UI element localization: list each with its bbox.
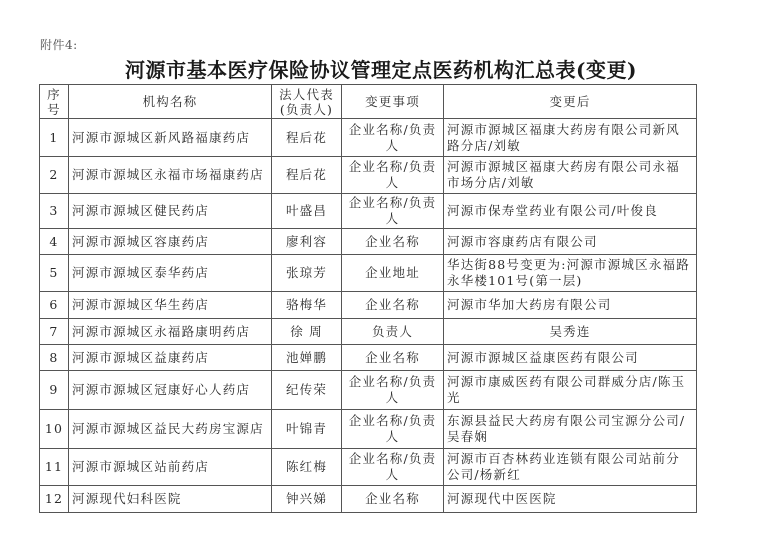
- cell-no: 8: [40, 345, 69, 371]
- cell-after: 华达街88号变更为:河源市源城区永福路永华楼101号(第一层): [444, 255, 697, 292]
- table-row: 9 河源市源城区冠康好心人药店 纪传荣 企业名称/负责人 河源市康威医药有限公司…: [40, 371, 697, 410]
- table-row: 10 河源市源城区益民大药房宝源店 叶锦青 企业名称/负责人 东源县益民大药房有…: [40, 410, 697, 449]
- cell-after: 吴秀连: [444, 319, 697, 345]
- cell-rep: 叶盛昌: [272, 194, 342, 229]
- header-rep-line2: (负责人): [280, 102, 333, 117]
- header-no: 序 号: [40, 85, 69, 119]
- cell-rep: 骆梅华: [272, 292, 342, 319]
- cell-item: 企业名称/负责人: [342, 157, 444, 194]
- cell-item: 企业名称: [342, 292, 444, 319]
- cell-no: 4: [40, 229, 69, 255]
- cell-name: 河源市源城区新风路福康药店: [69, 119, 272, 157]
- table-row: 6 河源市源城区华生药店 骆梅华 企业名称 河源市华加大药房有限公司: [40, 292, 697, 319]
- cell-rep: 叶锦青: [272, 410, 342, 449]
- table-row: 5 河源市源城区泰华药店 张琼芳 企业地址 华达街88号变更为:河源市源城区永福…: [40, 255, 697, 292]
- header-no-line1: 序: [47, 87, 61, 102]
- cell-item: 企业名称/负责人: [342, 371, 444, 410]
- table-row: 4 河源市源城区容康药店 廖利容 企业名称 河源市容康药店有限公司: [40, 229, 697, 255]
- cell-no: 11: [40, 449, 69, 486]
- header-rep: 法人代表 (负责人): [272, 85, 342, 119]
- cell-rep: 张琼芳: [272, 255, 342, 292]
- institution-change-table: 序 号 机构名称 法人代表 (负责人) 变更事项 变更后 1 河源市源城区新风路…: [39, 84, 697, 513]
- header-item: 变更事项: [342, 85, 444, 119]
- cell-name: 河源市源城区站前药店: [69, 449, 272, 486]
- header-no-line2: 号: [47, 102, 61, 117]
- cell-item: 企业名称: [342, 345, 444, 371]
- cell-name: 河源现代妇科医院: [69, 486, 272, 513]
- cell-rep: 池婵鹏: [272, 345, 342, 371]
- table-row: 3 河源市源城区健民药店 叶盛昌 企业名称/负责人 河源市保寿堂药业有限公司/叶…: [40, 194, 697, 229]
- table-row: 12 河源现代妇科医院 钟兴娣 企业名称 河源现代中医医院: [40, 486, 697, 513]
- cell-name: 河源市源城区容康药店: [69, 229, 272, 255]
- cell-no: 12: [40, 486, 69, 513]
- cell-rep: 徐 周: [272, 319, 342, 345]
- cell-after: 河源市保寿堂药业有限公司/叶俊良: [444, 194, 697, 229]
- table-row: 8 河源市源城区益康药店 池婵鹏 企业名称 河源市源城区益康医药有限公司: [40, 345, 697, 371]
- cell-rep: 廖利容: [272, 229, 342, 255]
- cell-no: 1: [40, 119, 69, 157]
- cell-after: 河源市容康药店有限公司: [444, 229, 697, 255]
- cell-item: 企业名称: [342, 486, 444, 513]
- cell-after: 河源市华加大药房有限公司: [444, 292, 697, 319]
- cell-after: 河源市康威医药有限公司群威分店/陈玉光: [444, 371, 697, 410]
- cell-name: 河源市源城区永福市场福康药店: [69, 157, 272, 194]
- cell-no: 3: [40, 194, 69, 229]
- cell-after: 河源市源城区福康大药房有限公司永福市场分店/刘敏: [444, 157, 697, 194]
- table-row: 1 河源市源城区新风路福康药店 程后花 企业名称/负责人 河源市源城区福康大药房…: [40, 119, 697, 157]
- cell-no: 6: [40, 292, 69, 319]
- cell-name: 河源市源城区益民大药房宝源店: [69, 410, 272, 449]
- header-after: 变更后: [444, 85, 697, 119]
- header-rep-line1: 法人代表: [279, 87, 334, 102]
- cell-item: 企业名称/负责人: [342, 119, 444, 157]
- cell-rep: 纪传荣: [272, 371, 342, 410]
- cell-item: 企业名称: [342, 229, 444, 255]
- cell-name: 河源市源城区益康药店: [69, 345, 272, 371]
- cell-after: 河源市百杏林药业连锁有限公司站前分公司/杨新红: [444, 449, 697, 486]
- cell-rep: 钟兴娣: [272, 486, 342, 513]
- cell-name: 河源市源城区华生药店: [69, 292, 272, 319]
- cell-after: 河源市源城区益康医药有限公司: [444, 345, 697, 371]
- cell-after: 河源现代中医医院: [444, 486, 697, 513]
- cell-rep: 程后花: [272, 157, 342, 194]
- cell-no: 7: [40, 319, 69, 345]
- cell-after: 河源市源城区福康大药房有限公司新风路分店/刘敏: [444, 119, 697, 157]
- cell-item: 企业名称/负责人: [342, 410, 444, 449]
- cell-name: 河源市源城区泰华药店: [69, 255, 272, 292]
- cell-no: 2: [40, 157, 69, 194]
- cell-item: 负责人: [342, 319, 444, 345]
- table-row: 7 河源市源城区永福路康明药店 徐 周 负责人 吴秀连: [40, 319, 697, 345]
- table-row: 11 河源市源城区站前药店 陈红梅 企业名称/负责人 河源市百杏林药业连锁有限公…: [40, 449, 697, 486]
- cell-name: 河源市源城区冠康好心人药店: [69, 371, 272, 410]
- table-row: 2 河源市源城区永福市场福康药店 程后花 企业名称/负责人 河源市源城区福康大药…: [40, 157, 697, 194]
- cell-name: 河源市源城区永福路康明药店: [69, 319, 272, 345]
- header-name: 机构名称: [69, 85, 272, 119]
- cell-item: 企业地址: [342, 255, 444, 292]
- cell-no: 10: [40, 410, 69, 449]
- cell-no: 9: [40, 371, 69, 410]
- cell-item: 企业名称/负责人: [342, 449, 444, 486]
- cell-rep: 陈红梅: [272, 449, 342, 486]
- cell-name: 河源市源城区健民药店: [69, 194, 272, 229]
- table-header-row: 序 号 机构名称 法人代表 (负责人) 变更事项 变更后: [40, 85, 697, 119]
- cell-no: 5: [40, 255, 69, 292]
- cell-item: 企业名称/负责人: [342, 194, 444, 229]
- cell-after: 东源县益民大药房有限公司宝源分公司/吴春娴: [444, 410, 697, 449]
- cell-rep: 程后花: [272, 119, 342, 157]
- document-title: 河源市基本医疗保险协议管理定点医药机构汇总表(变更): [0, 54, 762, 83]
- attachment-label: 附件4:: [40, 36, 78, 53]
